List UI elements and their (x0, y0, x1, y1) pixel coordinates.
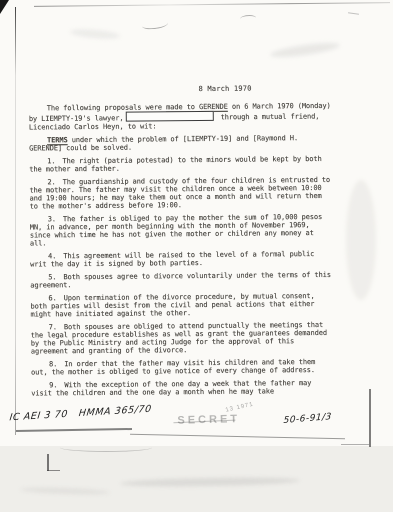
paragraph-number: 2. (47, 178, 55, 186)
paragraph-text: This agreement will be raised to the lev… (30, 249, 314, 267)
document-body: The following proposals were made to GER… (29, 102, 334, 402)
numbered-paragraph: 3.The father is obliged to pay the mothe… (30, 212, 332, 247)
paragraph-number: 8. (49, 360, 57, 368)
handwritten-annotation-left: IC AEI 3 70 HMMA 365/70 (9, 404, 152, 424)
paragraph-text: Upon termination of the divorce procedur… (30, 291, 314, 317)
numbered-paragraph: 6.Upon termination of the divorce proced… (30, 291, 332, 318)
redaction-box (125, 111, 213, 122)
intro-paragraph: The following proposals were made to GER… (29, 102, 331, 131)
paragraph-number: 1. (47, 157, 55, 165)
numbered-paragraph: 8.In order that the father may visit his… (31, 357, 333, 376)
paragraph-text: In order that the father may visit his c… (31, 357, 315, 375)
page-content: 8 March 1970 The following proposals wer… (0, 0, 393, 512)
handwritten-annotation-right: 50-6-91/3 (283, 412, 332, 426)
terms-paragraph: TERMS under which the problem of [LIEMPT… (29, 133, 331, 152)
paragraph-number: 9. (49, 381, 57, 389)
paragraph-number: 3. (48, 215, 56, 223)
numbered-paragraph: 4.This agreement will be raised to the l… (30, 249, 332, 268)
numbered-paragraph: 2.The guardianship and custody of the fo… (29, 175, 331, 210)
intro-underlined-text: made to GERENDE (166, 103, 228, 112)
numbered-paragraph: 1.The right (patria potestad) to the min… (29, 154, 331, 173)
paragraph-text: The father is obliged to pay the mother … (30, 212, 322, 247)
paragraph-text: The right (patria potestad) to the minor… (29, 154, 321, 173)
numbered-paragraph: 5.Both spouses agree to divorce voluntar… (30, 270, 332, 289)
paragraph-text: Both spouses are obliged to attend punct… (31, 320, 327, 355)
paragraph-text: Both spouses agree to divorce voluntaril… (30, 270, 331, 289)
paragraph-text: With the exception of the one day a week… (31, 379, 311, 397)
paragraph-number: 7. (49, 323, 57, 331)
paragraph-number: 6. (48, 294, 56, 302)
numbered-paragraph: 7.Both spouses are obliged to attend pun… (31, 320, 333, 355)
paragraph-text: The guardianship and custody of the four… (29, 175, 330, 210)
stamp-date-mark: 13 1971 (225, 402, 254, 414)
date-line: 8 March 1970 (199, 85, 252, 93)
paragraph-number: 5. (48, 273, 56, 281)
numbered-paragraph: 9.With the exception of the one day a we… (31, 378, 333, 397)
document-scan: 8 March 1970 The following proposals wer… (0, 0, 393, 512)
terms-heading: TERMS (47, 136, 68, 144)
paragraph-number: 4. (48, 252, 56, 260)
terms-text: under which the problem of [LIEMPTY-19] … (29, 134, 298, 152)
